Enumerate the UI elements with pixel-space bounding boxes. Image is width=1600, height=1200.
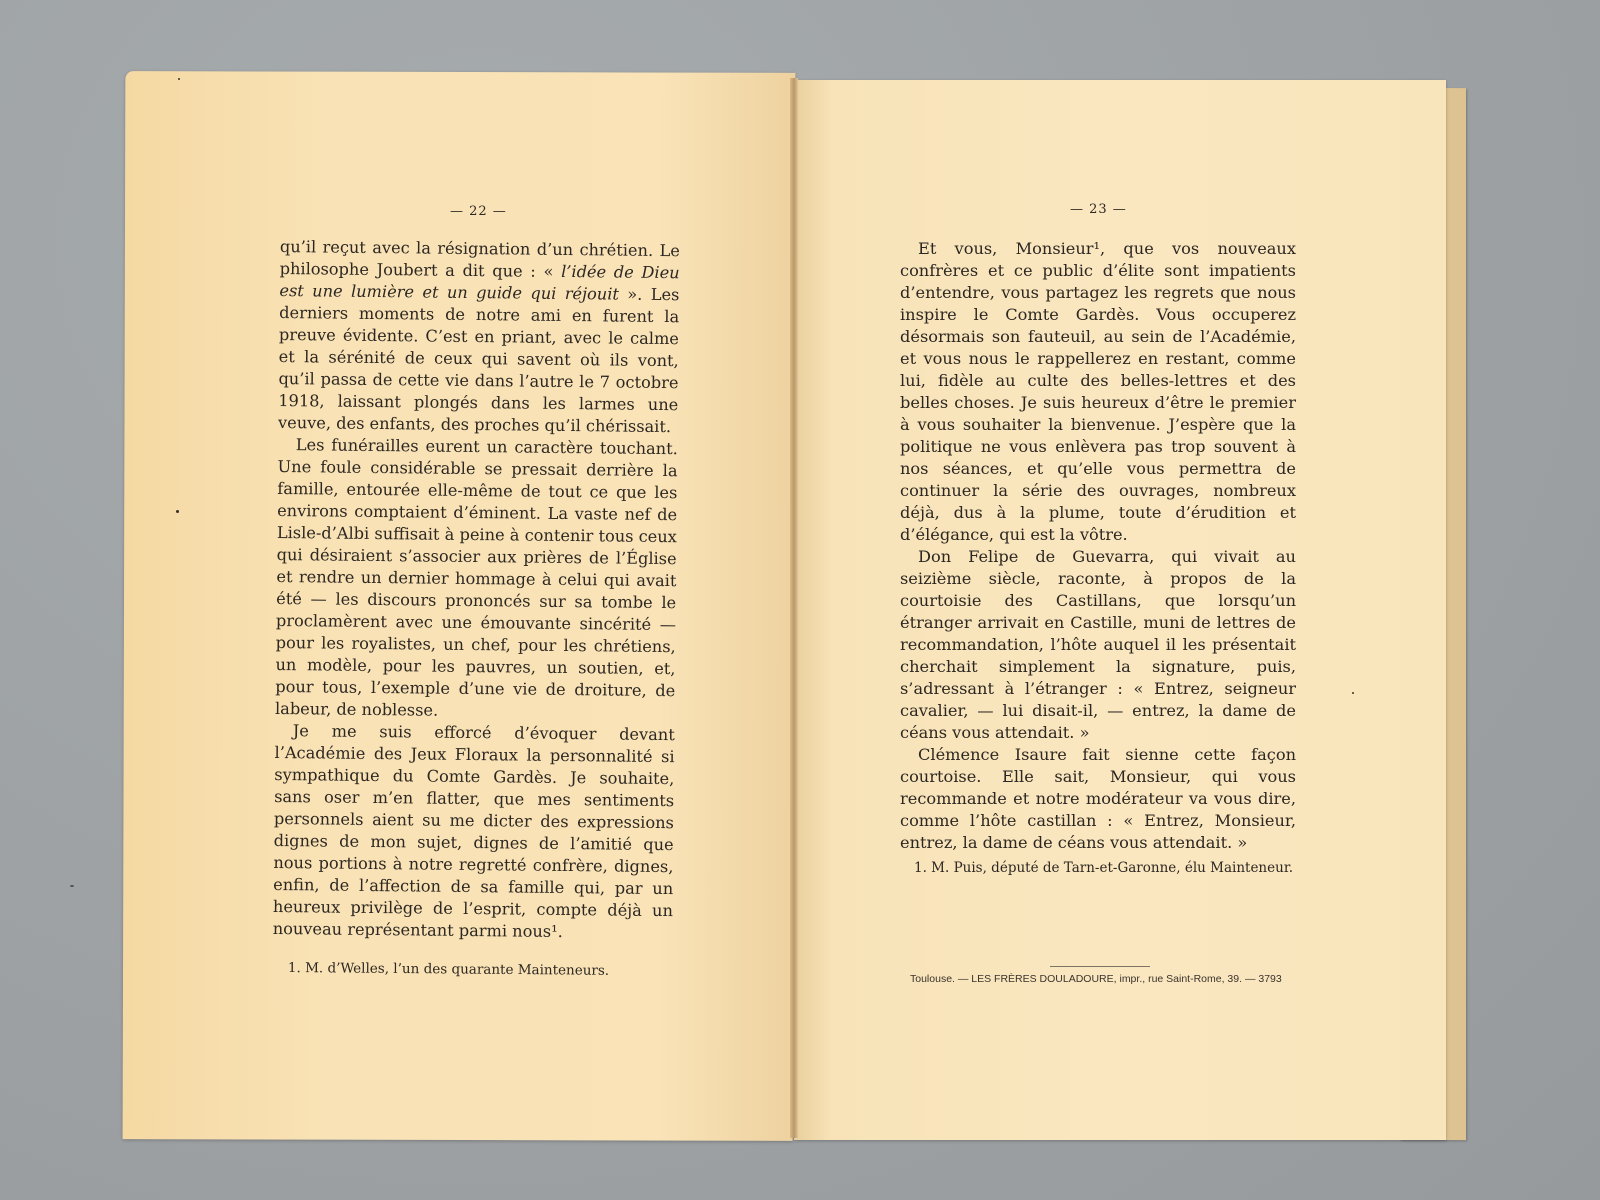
footnote-right: 1. M. Puis, député de Tarn-et-Garonne, é…	[914, 860, 1293, 876]
paper-speck	[176, 510, 179, 513]
paragraph: Don Felipe de Guevarra, qui vivait au se…	[900, 546, 1296, 744]
book-gutter	[790, 78, 798, 1138]
right-page-body: Et vous, Monsieur¹, que vos nouveaux con…	[900, 238, 1296, 854]
printer-imprint: Toulouse. — LES FRÈRES DOULADOURE, impr.…	[910, 973, 1282, 985]
paragraph: Je me suis efforcé d’évoquer devant l’Ac…	[273, 720, 675, 944]
paper-speck	[178, 78, 180, 80]
paragraph: Les funérailles eurent un caractère touc…	[275, 434, 678, 724]
paragraph: Et vous, Monsieur¹, que vos nouveaux con…	[900, 238, 1296, 546]
page-number-right: — 23 —	[1070, 202, 1127, 217]
paragraph: Clémence Isaure fait sienne cette façon …	[900, 744, 1296, 854]
text-run: ». Les derniers moments de notre ami en …	[278, 285, 680, 437]
page-number-left: — 22 —	[450, 204, 507, 219]
surface-speck	[70, 885, 74, 887]
paragraph: qu’il reçut avec la résignation d’un chr…	[278, 236, 680, 438]
imprint-rule	[1050, 966, 1150, 967]
left-page-body: qu’il reçut avec la résignation d’un chr…	[273, 236, 680, 944]
paper-speck	[1352, 692, 1354, 694]
footnote-left: 1. M. d’Welles, l’un des quarante Mainte…	[288, 960, 609, 979]
